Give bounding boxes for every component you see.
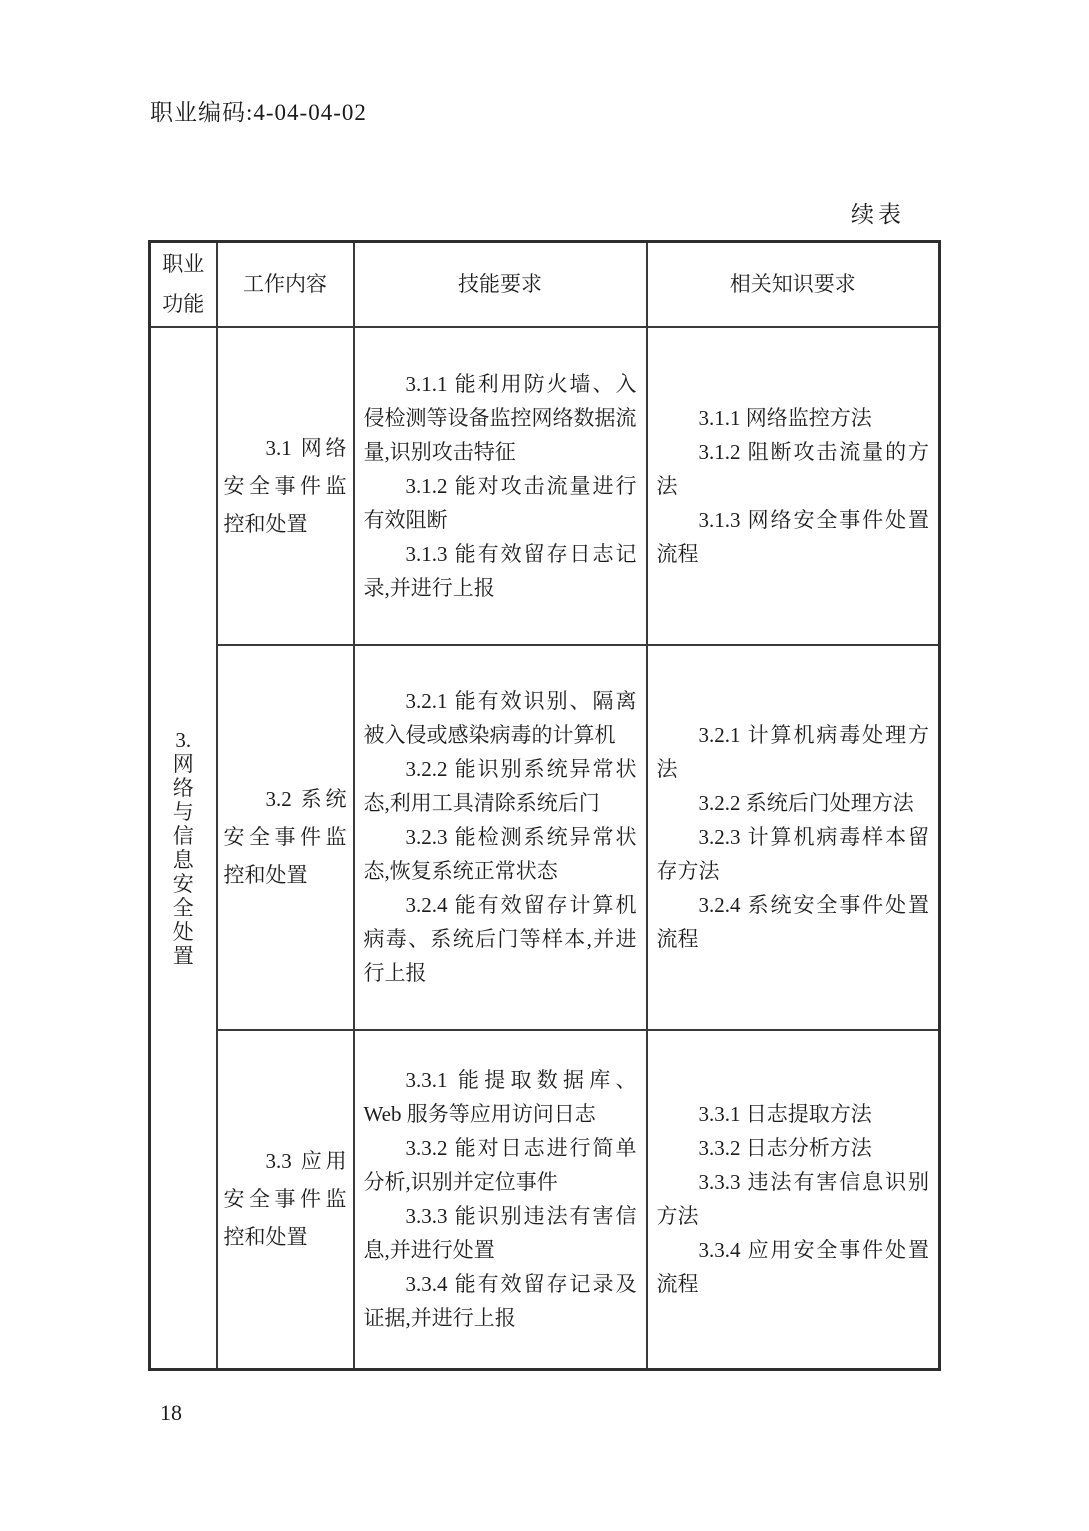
knowledge-item: 3.2.1 计算机病毒处理方法 — [657, 718, 930, 786]
knowledge-item: 3.1.3 网络安全事件处置流程 — [657, 503, 930, 571]
skill-item: 3.1.3 能有效留存日志记录,并进行上报 — [364, 537, 637, 605]
header-knowledge-requirements: 相关知识要求 — [647, 242, 940, 327]
work-content-text-3-2: 3.2 系统安全事件监控和处置 — [224, 780, 347, 894]
occupation-code: 职业编码:4-04-04-02 — [150, 94, 367, 127]
work-content-text-3-1: 3.1 网络安全事件监控和处置 — [224, 429, 347, 543]
knowledge-item: 3.1.2 阻断攻击流量的方法 — [657, 435, 930, 503]
function-cell-network-info-security: 3. 网络与信息安全处置 — [150, 327, 217, 1370]
skill-item: 3.2.4 能有效留存计算机病毒、系统后门等样本,并进行上报 — [364, 888, 637, 990]
table-row-3-1: 3. 网络与信息安全处置 3.1 网络安全事件监控和处置 3.1.1 能利用防火… — [150, 327, 940, 645]
skills-cell-3-1: 3.1.1 能利用防火墙、入侵检测等设备监控网络数据流量,识别攻击特征 3.1.… — [354, 327, 647, 645]
occupational-standard-table: 职业功能 工作内容 技能要求 相关知识要求 3. 网络与信息安全处置 3.1 网… — [148, 240, 941, 1371]
skill-item: 3.3.2 能对日志进行简单分析,识别并定位事件 — [364, 1131, 637, 1199]
continued-table-label: 续表 — [851, 196, 905, 229]
knowledge-item: 3.2.4 系统安全事件处置流程 — [657, 888, 930, 956]
page-number: 18 — [160, 1400, 182, 1426]
skill-item: 3.3.3 能识别违法有害信息,并进行处置 — [364, 1199, 637, 1267]
function-vertical-label: 3. 网络与信息安全处置 — [170, 728, 196, 968]
knowledge-item: 3.3.3 违法有害信息识别方法 — [657, 1165, 930, 1233]
knowledge-item: 3.2.3 计算机病毒样本留存方法 — [657, 820, 930, 888]
skill-item: 3.2.1 能有效识别、隔离被入侵或感染病毒的计算机 — [364, 684, 637, 752]
table-row-3-2: 3.2 系统安全事件监控和处置 3.2.1 能有效识别、隔离被入侵或感染病毒的计… — [150, 645, 940, 1030]
header-skill-requirements: 技能要求 — [354, 242, 647, 327]
skills-cell-3-3: 3.3.1 能提取数据库、Web 服务等应用访问日志 3.3.2 能对日志进行简… — [354, 1030, 647, 1370]
knowledge-cell-3-2: 3.2.1 计算机病毒处理方法 3.2.2 系统后门处理方法 3.2.3 计算机… — [647, 645, 940, 1030]
skill-item: 3.3.1 能提取数据库、Web 服务等应用访问日志 — [364, 1063, 637, 1131]
table-header-row: 职业功能 工作内容 技能要求 相关知识要求 — [150, 242, 940, 327]
knowledge-item: 3.1.1 网络监控方法 — [657, 401, 930, 435]
knowledge-cell-3-3: 3.3.1 日志提取方法 3.3.2 日志分析方法 3.3.3 违法有害信息识别… — [647, 1030, 940, 1370]
skill-item: 3.2.2 能识别系统异常状态,利用工具清除系统后门 — [364, 752, 637, 820]
skill-item: 3.1.1 能利用防火墙、入侵检测等设备监控网络数据流量,识别攻击特征 — [364, 367, 637, 469]
header-work-content: 工作内容 — [217, 242, 354, 327]
knowledge-item: 3.2.2 系统后门处理方法 — [657, 786, 930, 820]
knowledge-item: 3.3.1 日志提取方法 — [657, 1097, 930, 1131]
skills-cell-3-2: 3.2.1 能有效识别、隔离被入侵或感染病毒的计算机 3.2.2 能识别系统异常… — [354, 645, 647, 1030]
work-content-3-1: 3.1 网络安全事件监控和处置 — [217, 327, 354, 645]
skill-item: 3.2.3 能检测系统异常状态,恢复系统正常状态 — [364, 820, 637, 888]
skill-item: 3.3.4 能有效留存记录及证据,并进行上报 — [364, 1267, 637, 1335]
knowledge-item: 3.3.2 日志分析方法 — [657, 1131, 930, 1165]
knowledge-item: 3.3.4 应用安全事件处置流程 — [657, 1233, 930, 1301]
work-content-3-3: 3.3 应用安全事件监控和处置 — [217, 1030, 354, 1370]
skill-item: 3.1.2 能对攻击流量进行有效阻断 — [364, 469, 637, 537]
header-occupational-function: 职业功能 — [150, 242, 217, 327]
table-row-3-3: 3.3 应用安全事件监控和处置 3.3.1 能提取数据库、Web 服务等应用访问… — [150, 1030, 940, 1370]
work-content-text-3-3: 3.3 应用安全事件监控和处置 — [224, 1142, 347, 1256]
work-content-3-2: 3.2 系统安全事件监控和处置 — [217, 645, 354, 1030]
knowledge-cell-3-1: 3.1.1 网络监控方法 3.1.2 阻断攻击流量的方法 3.1.3 网络安全事… — [647, 327, 940, 645]
